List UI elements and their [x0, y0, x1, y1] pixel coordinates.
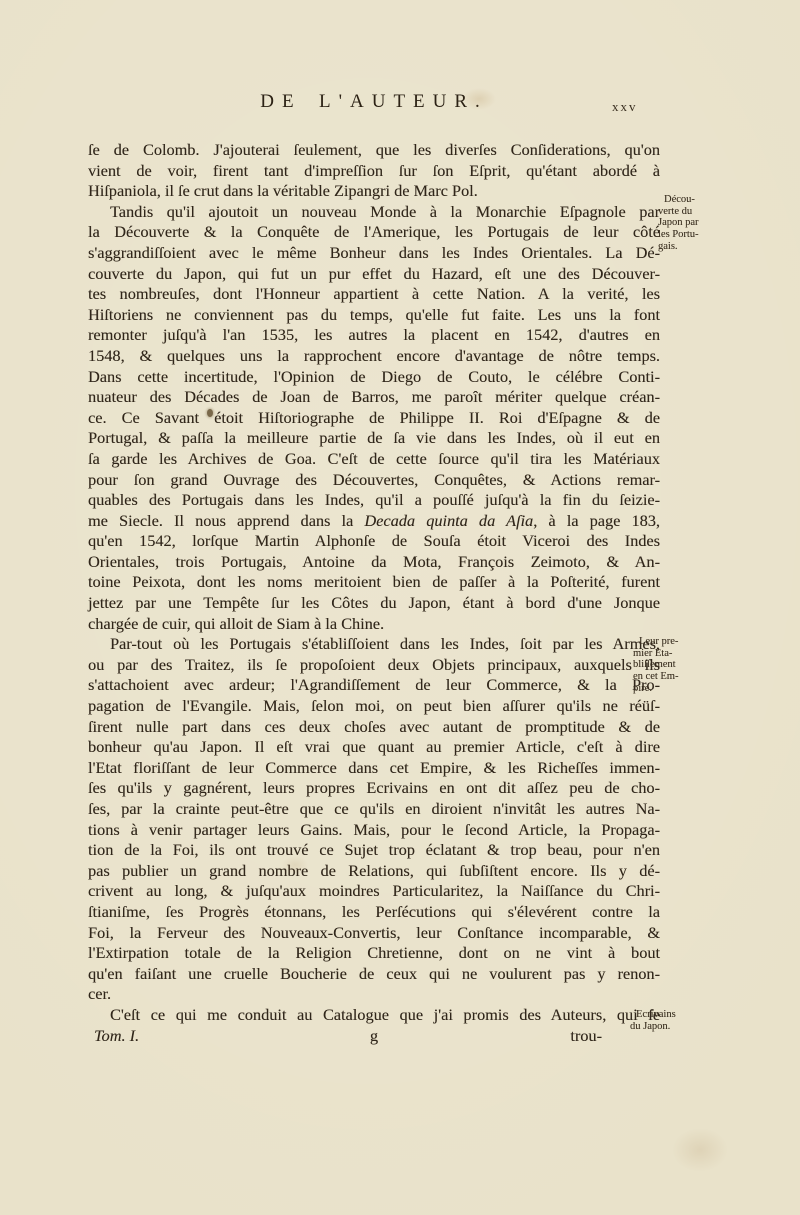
signature-mark: g: [370, 1026, 378, 1046]
text-line: ſes, par la crainte peut-être que ce qu'…: [88, 799, 660, 820]
text-line: tion de la Foi, ils ont trouvé ce Sujet …: [88, 840, 660, 861]
text-line: me Siecle. Il nous apprend dans la Decad…: [88, 511, 660, 532]
text-line: tes nombreuſes, dont l'Honneur appartien…: [88, 284, 660, 305]
text-line: nuateur des Décades de Joan de Barros, m…: [88, 387, 660, 408]
text-line: Hiſpaniola, il ſe crut dans la véritable…: [88, 181, 660, 202]
text-line: Orientales, trois Portugais, Antoine da …: [88, 552, 660, 573]
margin-note-line: gais.: [658, 241, 786, 253]
margin-note-line: bliſſement: [633, 659, 761, 671]
text-line: Hiſtoriens ne conviennent pas du temps, …: [88, 305, 660, 326]
footer: Tom. I. g trou-: [88, 1026, 660, 1047]
text-line: l'Extirpation totale de la Religion Chre…: [88, 943, 660, 964]
text-line: la Découverte & la Conquête de l'Ameriqu…: [88, 222, 660, 243]
text-line: bonheur qu'au Japon. Il eſt vrai que qua…: [88, 737, 660, 758]
text-line: Tandis qu'il ajoutoit un nouveau Monde à…: [88, 202, 660, 223]
text-line: ſes qu'ils y gagnérent, leurs propres Ec…: [88, 778, 660, 799]
body-text: ſe de Colomb. J'ajouterai ſeulement, que…: [88, 140, 660, 1026]
page-title: DE L'AUTEUR.: [88, 91, 660, 113]
catchword: trou-: [570, 1026, 602, 1046]
text-line: toine Peixota, dont les noms meritoient …: [88, 572, 660, 593]
margin-note-line: verte du: [658, 206, 786, 218]
text-line: qu'en 1542, lorſque Martin Alphonſe de S…: [88, 531, 660, 552]
paper-stain: [672, 1128, 728, 1172]
text-line: ſirent nulle part dans ces deux choſes a…: [88, 717, 660, 738]
text-line: ſtianiſme, ſes Progrès étonnans, les Per…: [88, 902, 660, 923]
text-line: 1548, & quelques uns la rapprochent enco…: [88, 346, 660, 367]
text-line: crivent au long, & juſqu'aux moindres Pa…: [88, 881, 660, 902]
text-line: s'attachoient avec ardeur; l'Agrandiſſem…: [88, 675, 660, 696]
text-line: ſe de Colomb. J'ajouterai ſeulement, que…: [88, 140, 660, 161]
book-page: DE L'AUTEUR. xxv ſe de Colomb. J'ajouter…: [0, 0, 800, 1215]
margin-note-line: Leur pre-: [633, 636, 761, 648]
margin-note-first-establishment: Leur pre-mier Eta-bliſſementen cet Em-pi…: [633, 636, 761, 695]
margin-note-line: pire.: [633, 683, 761, 695]
paragraph: ſe de Colomb. J'ajouterai ſeulement, que…: [88, 140, 660, 202]
text-line: chargée de cuir, qui alloit de Siam à la…: [88, 614, 660, 635]
text-line: cer.: [88, 984, 660, 1005]
text-line: l'Etat floriſſant de leur Commerce dans …: [88, 758, 660, 779]
page-number: xxv: [612, 99, 638, 115]
text-line: Dans cette incertitude, l'Opinion de Die…: [88, 367, 660, 388]
text-line: ſa garde les Archives de Goa. C'eſt de c…: [88, 449, 660, 470]
paragraph: Tandis qu'il ajoutoit un nouveau Monde à…: [88, 202, 660, 634]
margin-note-line: Ecrivains: [630, 1009, 758, 1021]
paragraph: C'eſt ce qui me conduit au Catalogue que…: [88, 1005, 660, 1026]
text-line: Portugal, & paſſa la meilleure partie de…: [88, 428, 660, 449]
text-line: ou par des Traitez, ils ſe propoſoient d…: [88, 655, 660, 676]
text-line: pagation de l'Evangile. Mais, ſelon moi,…: [88, 696, 660, 717]
text-line: jettez par une Tempête ſur les Côtes du …: [88, 593, 660, 614]
text-line: pas publier un grand nombre de Relations…: [88, 861, 660, 882]
margin-note-line: les Portu-: [658, 229, 786, 241]
text-line: quables des Portugais dans les Indes, qu…: [88, 490, 660, 511]
text-line: couverte du Japon, qui fut un pur effet …: [88, 264, 660, 285]
text-line: qu'en faiſant une cruelle Boucherie de c…: [88, 964, 660, 985]
text-line: pour ſon grand Ouvrage des Découvertes, …: [88, 470, 660, 491]
text-line: tions à venir partager leurs Gains. Mais…: [88, 820, 660, 841]
margin-note-line: en cet Em-: [633, 671, 761, 683]
text-line: C'eſt ce qui me conduit au Catalogue que…: [88, 1005, 660, 1026]
text-line: ce. Ce Savant étoit Hiſtoriographe de Ph…: [88, 408, 660, 429]
margin-note-japan-discovery: Décou-verte duJapon parles Portu-gais.: [658, 194, 786, 253]
margin-note-line: mier Eta-: [633, 648, 761, 660]
margin-note-line: Décou-: [658, 194, 786, 206]
volume-label: Tom. I.: [94, 1026, 139, 1046]
text-line: remonter juſqu'à l'an 1535, les autres l…: [88, 325, 660, 346]
text-line: Par-tout où les Portugais s'établiſſoien…: [88, 634, 660, 655]
margin-note-line: Japon par: [658, 217, 786, 229]
paragraph: Par-tout où les Portugais s'établiſſoien…: [88, 634, 660, 1005]
text-line: Foi, la Ferveur des Nouveaux-Convertis, …: [88, 923, 660, 944]
text-line: vient de voir, firent tant d'impreſſion …: [88, 161, 660, 182]
text-line: s'aggrandiſſoient avec le même Bonheur d…: [88, 243, 660, 264]
